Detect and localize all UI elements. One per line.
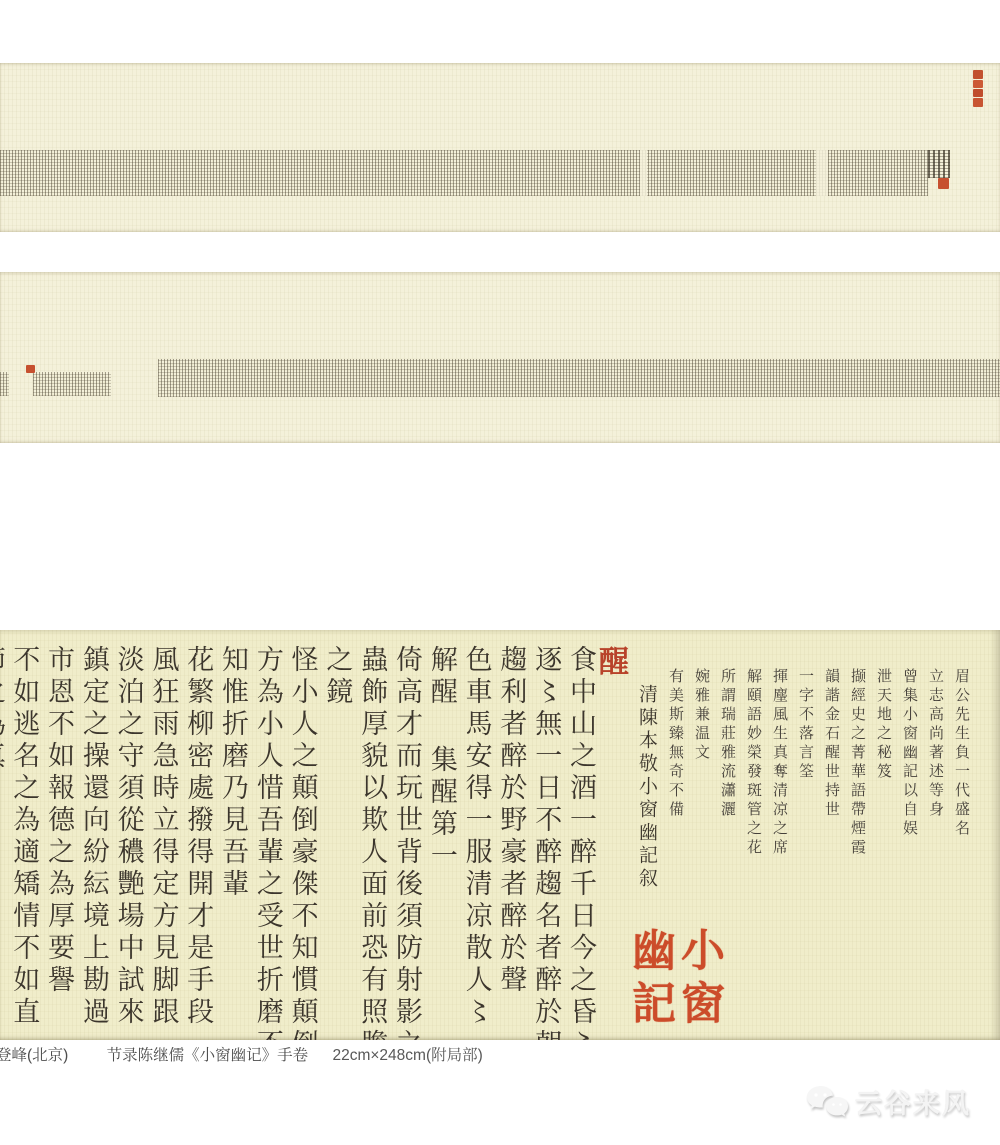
text-band-gap [816,150,828,196]
microtext-band [0,150,928,196]
main-calligraphy: 食中山之酒一醉千日今之昏〻 逐〻無一日不醉趨名者醉於朝 趨利者醉於野豪者醉於聲 … [8,645,600,1040]
colophon-column: 立志高尚著述等身 [921,668,947,918]
signature-block [33,372,111,396]
work-title: 节录陈继儒《小窗幽记》手卷 [107,1047,309,1064]
calligraphy-column: 風狂雨急時立得定方見脚跟 [148,645,183,1040]
calligraphy-column: 逐〻無一日不醉趨名者醉於朝 [530,645,565,1040]
scroll-title-block [928,150,950,178]
work-dimensions: 22cm×248cm(附局部) [332,1047,482,1064]
calligraphy-column: 淡泊之守須從穠艷場中試來 [113,645,148,1040]
handscroll-overview-strip-1 [0,63,1000,232]
handscroll-overview-strip-2 [0,272,1000,443]
colophon: 眉公先生負一代盛名 立志高尚著述等身 曾集小窗幽記以自娱 泄天地之秘笈 撷經史之… [635,668,973,918]
seal-right-column: 小窗 [682,927,730,1037]
colophon-column: 婉雅兼温文 [687,668,713,918]
microtext-band [158,359,1000,397]
artist-red-seal-icon [26,365,35,373]
colophon-column: 一字不落言筌 [791,668,817,918]
artist-red-seal-icon [938,178,949,189]
calligraphy-column: 不如逃名之為適矯情不如直 [8,645,43,1040]
colophon-column: 曾集小窗幽記以自娱 [895,668,921,918]
text-band-gap [640,150,647,196]
calligraphy-column: 市恩不如報德之為厚要譽 [43,645,78,1040]
colophon-column: 所謂瑞莊雅流瀟灑 [713,668,739,918]
calligraphy-column: 花繁柳密處撥得開才是手段 [182,645,217,1040]
caption: 登峰(北京) 节录陈继儒《小窗幽记》手卷 22cm×248cm(附局部) [0,1043,1000,1065]
colophon-column: 韻諧金石醒世持世 [817,668,843,918]
calligraphy-column: 解醒 集醒第一 [426,645,461,1040]
colophon-column: 眉公先生負一代盛名 [947,668,973,918]
artist-name: 登峰(北京) [0,1047,68,1064]
calligraphy-column-cut: 節之為真 [0,645,9,773]
microtext-fragment [0,372,9,396]
calligraphy-column: 色車馬安得一服清凉散人〻 [461,645,496,1040]
colophon-column: 揮麈風生真奪清凉之席 [765,668,791,918]
calligraphy-column: 方為小人惜吾輩之受世折磨不 [252,645,287,1040]
calligraphy-detail-view: 醒 食中山之酒一醉千日今之昏〻 逐〻無一日不醉趨名者醉於朝 趨利者醉於野豪者醉於… [0,630,1000,1040]
calligraphy-column: 知惟折磨乃見吾輩 [217,645,252,1040]
calligraphy-column: 趨利者醉於野豪者醉於聲 [496,645,531,1040]
colophon-column: 清陳本敬小窗幽記叙 [631,668,661,918]
calligraphy-column: 倚高才而玩世背後須防射影之 [391,645,426,1040]
colophon-column: 泄天地之秘笈 [869,668,895,918]
section-mark-xing: 醒 [599,637,629,681]
magazine-page: 醒 食中山之酒一醉千日今之昏〻 逐〻無一日不醉趨名者醉於朝 趨利者醉於野豪者醉於… [0,0,1000,1145]
colophon-column: 有美斯臻無奇不備 [661,668,687,918]
colophon-column: 解頤語妙榮發斑管之花 [739,668,765,918]
wechat-icon [806,1085,848,1119]
collector-seals-icon [973,70,983,107]
watermark-text: 云谷来风 [855,1082,971,1121]
calligraphy-column: 怪小人之顛倒豪傑不知慣顛倒 [287,645,322,1040]
artist-seal-large: 小窗 幽記 [633,927,730,1037]
colophon-column: 撷經史之菁華語帶煙霞 [843,668,869,918]
watermark: 云谷来风 [806,1082,971,1121]
calligraphy-column: 之鏡 [322,645,357,1040]
calligraphy-column: 鎮定之操還向紛紜境上勘過 [78,645,113,1040]
calligraphy-column: 蟲飾厚貌以欺人面前恐有照膽 [356,645,391,1040]
calligraphy-column: 食中山之酒一醉千日今之昏〻 [565,645,600,1040]
